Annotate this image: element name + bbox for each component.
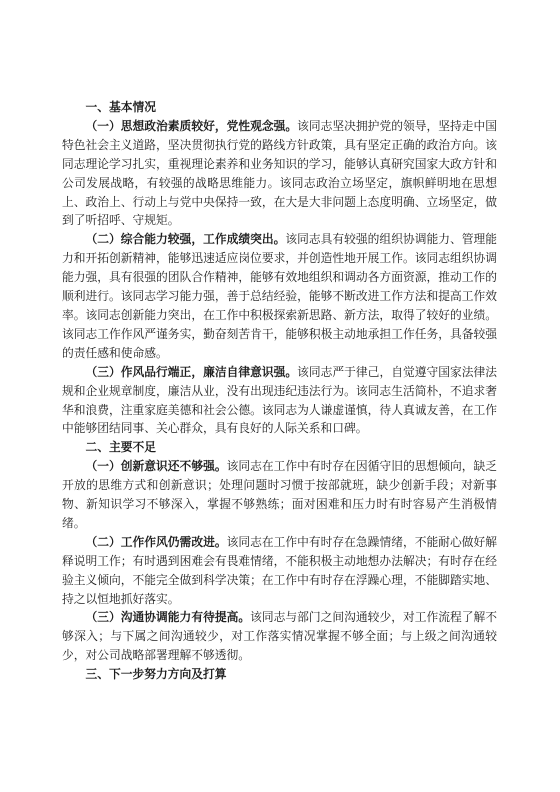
- paragraph-innovation-awareness: （一）创新意识还不够强。该同志在工作中有时存在因循守旧的思想倾向，缺乏开放的思维…: [62, 458, 497, 534]
- section-heading-basic-situation: 一、基本情况: [62, 99, 497, 118]
- paragraph-lead: （一）创新意识还不够强。: [86, 460, 227, 473]
- section-heading-next-steps: 三、下一步努力方向及打算: [62, 666, 497, 685]
- paragraph-conduct-integrity: （三）作风品行端正，廉洁自律意识强。该同志严于律己，自觉遵守国家法律法规和企业规…: [62, 364, 497, 440]
- paragraph-lead: （二）综合能力较强，工作成绩突出。: [86, 233, 286, 246]
- paragraph-body-text: 该同志坚决拥护党的领导，坚持走中国特色社会主义道路，坚决贯彻执行党的路线方针政策…: [62, 120, 497, 228]
- paragraph-lead: （二）工作作风仍需改进。: [86, 536, 227, 549]
- paragraph-political-quality: （一）思想政治素质较好，党性观念强。该同志坚决拥护党的领导，坚持走中国特色社会主…: [62, 118, 497, 231]
- paragraph-body-text: 该同志具有较强的组织协调能力、管理能力和开拓创新精神，能够迅速适应岗位要求，并创…: [62, 233, 497, 359]
- paragraph-work-style: （二）工作作风仍需改进。该同志在工作中有时存在急躁情绪，不能耐心做好解释说明工作…: [62, 534, 497, 610]
- paragraph-communication-coordination: （三）沟通协调能力有待提高。该同志与部门之间沟通较少，对工作流程了解不够深入；与…: [62, 609, 497, 666]
- paragraph-comprehensive-ability: （二）综合能力较强，工作成绩突出。该同志具有较强的组织协调能力、管理能力和开拓创…: [62, 231, 497, 363]
- paragraph-lead: （一）思想政治素质较好，党性观念强。: [86, 120, 298, 133]
- section-heading-main-shortcomings: 二、主要不足: [62, 439, 497, 458]
- document-page: 一、基本情况 （一）思想政治素质较好，党性观念强。该同志坚决拥护党的领导，坚持走…: [0, 0, 560, 792]
- document-body: 一、基本情况 （一）思想政治素质较好，党性观念强。该同志坚决拥护党的领导，坚持走…: [62, 99, 497, 685]
- paragraph-lead: （三）沟通协调能力有待提高。: [86, 611, 251, 624]
- paragraph-lead: （三）作风品行端正，廉洁自律意识强。: [86, 366, 298, 379]
